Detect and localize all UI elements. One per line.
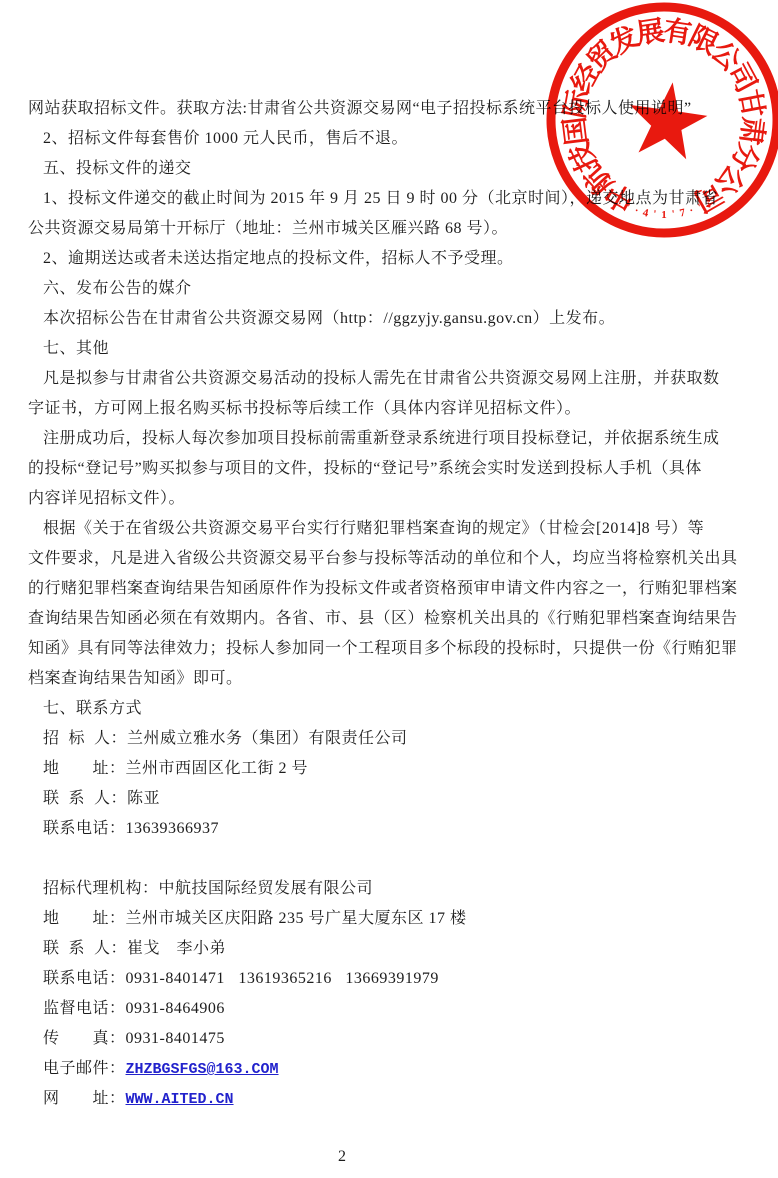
text-line: 传 真：0931-8401475 [28,1024,754,1054]
section-heading-contact: 七、联系方式 [28,694,754,724]
line-text: 字证书，方可网上报名购买标书投标等后续工作（具体内容详见招标文件）。 [28,400,581,417]
text-line: 联 系 人：崔戈 李小弟 [28,934,754,964]
seal-char: 经 [565,58,606,98]
text-line: 联 系 人：陈亚 [28,784,754,814]
line-text: 知函》具有同等法律效力；投标人参加同一个工程项目多个标段的投标时，只提供一份《行… [28,640,738,657]
text-line: 1、投标文件递交的截止时间为 2015 年 9 月 25 日 9 时 00 分（… [28,184,754,214]
seal-char: 公 [704,36,746,78]
line-text: 1、投标文件递交的截止时间为 2015 年 9 月 25 日 9 时 00 分（… [43,190,718,207]
line-text: 2、逾期送达或者未送达指定地点的投标文件，招标人不予受理。 [43,250,514,267]
line-text: 公共资源交易局第十开标厅（地址：兰州市城关区雁兴路 68 号）。 [28,220,508,237]
page-number: 2 [0,1148,684,1166]
line-text: 2、招标文件每套售价 1000 元人民币，售后不退。 [43,130,408,147]
line-text: 监督电话：0931-8464906 [43,1000,225,1017]
seal-char: 有 [661,15,694,51]
text-line: 的行赌犯罪档案查询结果告知函原件作为投标文件或者资格预审申请文件内容之一，行贿犯… [28,574,754,604]
line-text: 本次招标公告在甘肃省公共资源交易网（http：//ggzyjy.gansu.go… [43,310,615,327]
line-text: 招标代理机构：中航技国际经贸发展有限公司 [43,880,373,897]
line-text: 注册成功后，投标人每次参加项目投标前需重新登录系统进行项目投标登记，并依据系统生… [43,430,720,447]
website-link[interactable]: WWW.AITED.CN [126,1091,234,1108]
text-line: 文件要求，凡是进入省级公共资源交易平台参与投标等活动的单位和个人，均应当将检察机… [28,544,754,574]
email-link[interactable]: ZHZBGSFGS@163.COM [126,1061,279,1078]
section-heading-6: 六、发布公告的媒介 [28,274,754,304]
seal-char: 发 [604,19,644,61]
text-line: 知函》具有同等法律效力；投标人参加同一个工程项目多个标段的投标时，只提供一份《行… [28,634,754,664]
text-line: 档案查询结果告知函》即可。 [28,664,754,694]
document-body: 网站获取招标文件。获取方法:甘肃省公共资源交易网“电子招投标系统平台投标人使用说… [28,94,754,1114]
text-line: 联系电话：13639366937 [28,814,754,844]
line-text: 网 址： [43,1090,126,1107]
line-text: 联 系 人：陈亚 [43,790,160,807]
line-text: 五、投标文件的递交 [43,160,192,177]
blank-line [28,844,754,874]
text-line: 网 址：WWW.AITED.CN [28,1084,754,1114]
text-line: 地 址：兰州市西固区化工街 2 号 [28,754,754,784]
line-text: 地 址：兰州市城关区庆阳路 235 号广星大厦东区 17 楼 [43,910,467,927]
line-text: 传 真：0931-8401475 [43,1030,225,1047]
line-text: 的行赌犯罪档案查询结果告知函原件作为投标文件或者资格预审申请文件内容之一，行贿犯… [28,580,738,597]
text-line: 内容详见招标文件）。 [28,484,754,514]
text-line: 网站获取招标文件。获取方法:甘肃省公共资源交易网“电子招投标系统平台投标人使用说… [28,94,754,124]
text-line: 2、招标文件每套售价 1000 元人民币，售后不退。 [28,124,754,154]
line-text: 档案查询结果告知函》即可。 [28,670,243,687]
line-text: 七、联系方式 [43,700,142,717]
seal-char: 限 [684,20,723,61]
section-heading-5: 五、投标文件的递交 [28,154,754,184]
line-text: 的投标“登记号”购买拟参与项目的文件，投标的“登记号”系统会实时发送到投标人手机… [28,460,702,477]
text-line: 字证书，方可网上报名购买标书投标等后续工作（具体内容详见招标文件）。 [28,394,754,424]
text-line: 2、逾期送达或者未送达指定地点的投标文件，招标人不予受理。 [28,244,754,274]
line-text: 招 标 人：兰州威立雅水务（集团）有限责任公司 [43,730,408,747]
line-text: 根据《关于在省级公共资源交易平台实行行赌犯罪档案查询的规定》（甘检会[2014]… [43,520,704,537]
text-line: 的投标“登记号”购买拟参与项目的文件，投标的“登记号”系统会实时发送到投标人手机… [28,454,754,484]
text-line: 联系电话：0931-8401471 13619365216 1366939197… [28,964,754,994]
text-line: 地 址：兰州市城关区庆阳路 235 号广星大厦东区 17 楼 [28,904,754,934]
line-text: 文件要求，凡是进入省级公共资源交易平台参与投标等活动的单位和个人，均应当将检察机… [28,550,738,567]
document-page: 网站获取招标文件。获取方法:甘肃省公共资源交易网“电子招投标系统平台投标人使用说… [0,0,778,1178]
seal-char: 司 [721,58,762,98]
seal-char: 贸 [581,35,624,78]
line-text: 联系电话：0931-8401471 13619365216 1366939197… [43,970,439,987]
text-line: 凡是拟参与甘肃省公共资源交易活动的投标人需先在甘肃省公共资源交易网上注册，并获取… [28,364,754,394]
section-heading-7: 七、其他 [28,334,754,364]
text-line: 注册成功后，投标人每次参加项目投标前需重新登录系统进行项目投标登记，并依据系统生… [28,424,754,454]
text-line: 招 标 人：兰州威立雅水务（集团）有限责任公司 [28,724,754,754]
line-text: 电子邮件： [43,1060,126,1077]
text-line: 查询结果告知函必须在有效期内。各省、市、县（区）检察机关出具的《行贿犯罪档案查询… [28,604,754,634]
text-line: 招标代理机构：中航技国际经贸发展有限公司 [28,874,754,904]
text-line: 监督电话：0931-8464906 [28,994,754,1024]
text-line: 根据《关于在省级公共资源交易平台实行行赌犯罪档案查询的规定》（甘检会[2014]… [28,514,754,544]
line-text: 内容详见招标文件）。 [28,490,185,507]
line-text: 七、其他 [43,340,109,357]
line-text: 查询结果告知函必须在有效期内。各省、市、县（区）检察机关出具的《行贿犯罪档案查询… [28,610,738,627]
line-text: 联系电话：13639366937 [43,820,219,837]
seal-char: 展 [634,15,667,51]
line-text: 地 址：兰州市西固区化工街 2 号 [43,760,308,777]
line-text: 联 系 人：崔戈 李小弟 [43,940,226,957]
line-text: 六、发布公告的媒介 [43,280,192,297]
text-line: 本次招标公告在甘肃省公共资源交易网（http：//ggzyjy.gansu.go… [28,304,754,334]
line-text: 网站获取招标文件。获取方法:甘肃省公共资源交易网“电子招投标系统平台投标人使用说… [28,100,692,117]
line-text: 凡是拟参与甘肃省公共资源交易活动的投标人需先在甘肃省公共资源交易网上注册，并获取… [43,370,720,387]
text-line: 公共资源交易局第十开标厅（地址：兰州市城关区雁兴路 68 号）。 [28,214,754,244]
text-line: 电子邮件：ZHZBGSFGS@163.COM [28,1054,754,1084]
